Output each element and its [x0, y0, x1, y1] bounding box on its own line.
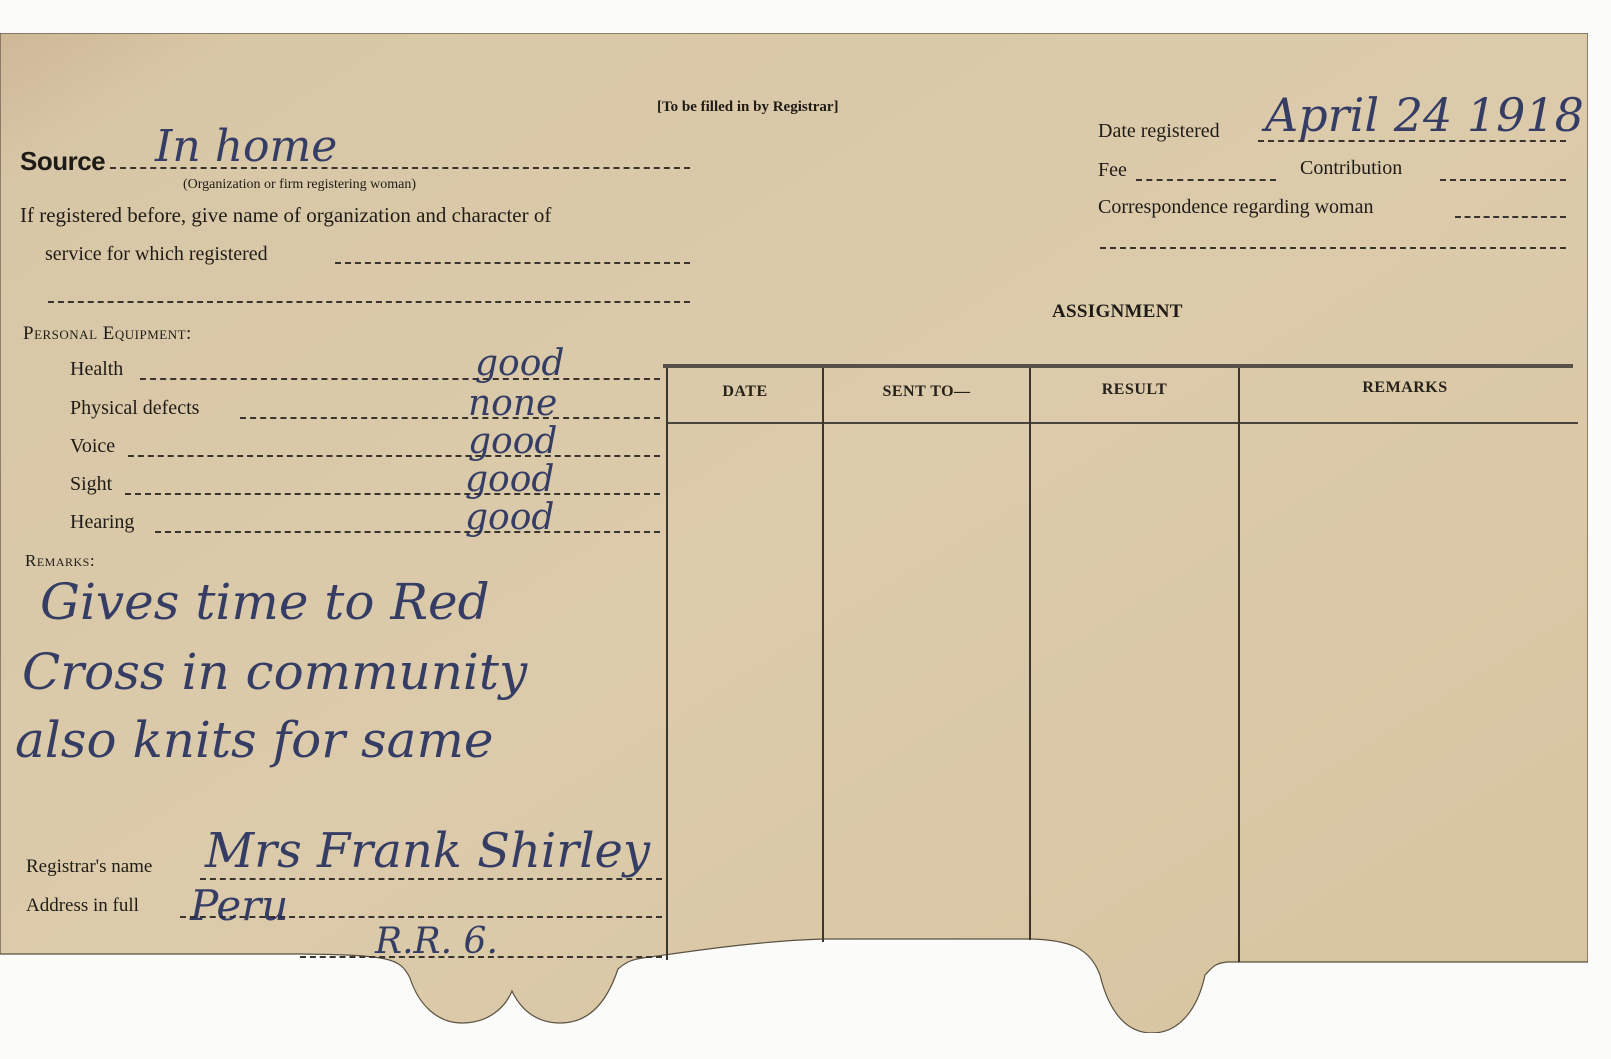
table-header-rule — [668, 422, 1578, 424]
health-label: Health — [70, 358, 123, 381]
previous-registration-line-1[interactable] — [335, 262, 690, 264]
remarks-column-cells[interactable] — [1240, 425, 1576, 955]
registration-card: [To be filled in by Registrar] Source In… — [0, 33, 1588, 1033]
column-header-remarks: REMARKS — [1240, 379, 1570, 397]
fee-line[interactable] — [1136, 179, 1276, 181]
remarks-line-1[interactable]: Gives time to Red — [40, 573, 490, 631]
correspondence-line-1[interactable] — [1455, 216, 1566, 218]
physical-defects-line — [240, 417, 660, 419]
address-label: Address in full — [26, 895, 139, 917]
health-line — [140, 378, 660, 380]
date-registered-label: Date registered — [1098, 120, 1220, 143]
previous-registration-prompt: If registered before, give name of organ… — [20, 203, 551, 228]
registrar-note: [To be filled in by Registrar] — [657, 99, 839, 116]
column-header-result: RESULT — [1031, 381, 1238, 399]
hearing-label: Hearing — [70, 511, 134, 534]
contribution-line[interactable] — [1440, 179, 1566, 181]
sent-to-column-cells[interactable] — [824, 425, 1029, 935]
source-sublabel: (Organization or firm registering woman) — [183, 177, 416, 193]
previous-registration-line-2[interactable] — [48, 301, 690, 303]
sight-value[interactable]: good — [465, 459, 554, 500]
column-header-date: DATE — [668, 383, 822, 401]
date-registered-value[interactable]: April 24 1918 — [1265, 88, 1584, 142]
assignment-title: ASSIGNMENT — [1052, 301, 1183, 323]
table-top-rule — [663, 364, 1573, 368]
physical-defects-label: Physical defects — [70, 397, 199, 420]
address-value-2[interactable]: R.R. 6. — [375, 921, 498, 962]
hearing-value[interactable]: good — [465, 497, 554, 538]
fee-label: Fee — [1098, 159, 1127, 182]
date-column-cells[interactable] — [668, 425, 822, 935]
address-value-1[interactable]: Peru — [190, 881, 288, 930]
remarks-line-2[interactable]: Cross in community — [22, 643, 527, 701]
hearing-line — [155, 531, 660, 533]
source-value[interactable]: In home — [155, 121, 337, 172]
voice-line — [128, 455, 660, 457]
registrar-name-value[interactable]: Mrs Frank Shirley — [205, 823, 650, 879]
sight-line — [125, 493, 660, 495]
personal-equipment-title: Personal Equipment: — [23, 323, 192, 345]
voice-label: Voice — [70, 435, 115, 458]
contribution-label: Contribution — [1300, 157, 1402, 180]
correspondence-line-2[interactable] — [1100, 247, 1566, 249]
result-column-cells[interactable] — [1031, 425, 1238, 935]
sight-label: Sight — [70, 473, 112, 496]
registrar-name-label: Registrar's name — [26, 856, 152, 878]
column-header-sent-to: SENT TO— — [824, 383, 1029, 401]
correspondence-label: Correspondence regarding woman — [1098, 196, 1373, 219]
source-label: Source — [20, 146, 105, 177]
voice-value[interactable]: good — [468, 421, 557, 462]
remarks-title: Remarks: — [25, 551, 95, 571]
health-value[interactable]: good — [475, 343, 564, 384]
physical-defects-value[interactable]: none — [468, 383, 557, 424]
previous-registration-prompt-2: service for which registered — [45, 243, 268, 266]
remarks-line-3[interactable]: also knits for same — [15, 711, 493, 769]
